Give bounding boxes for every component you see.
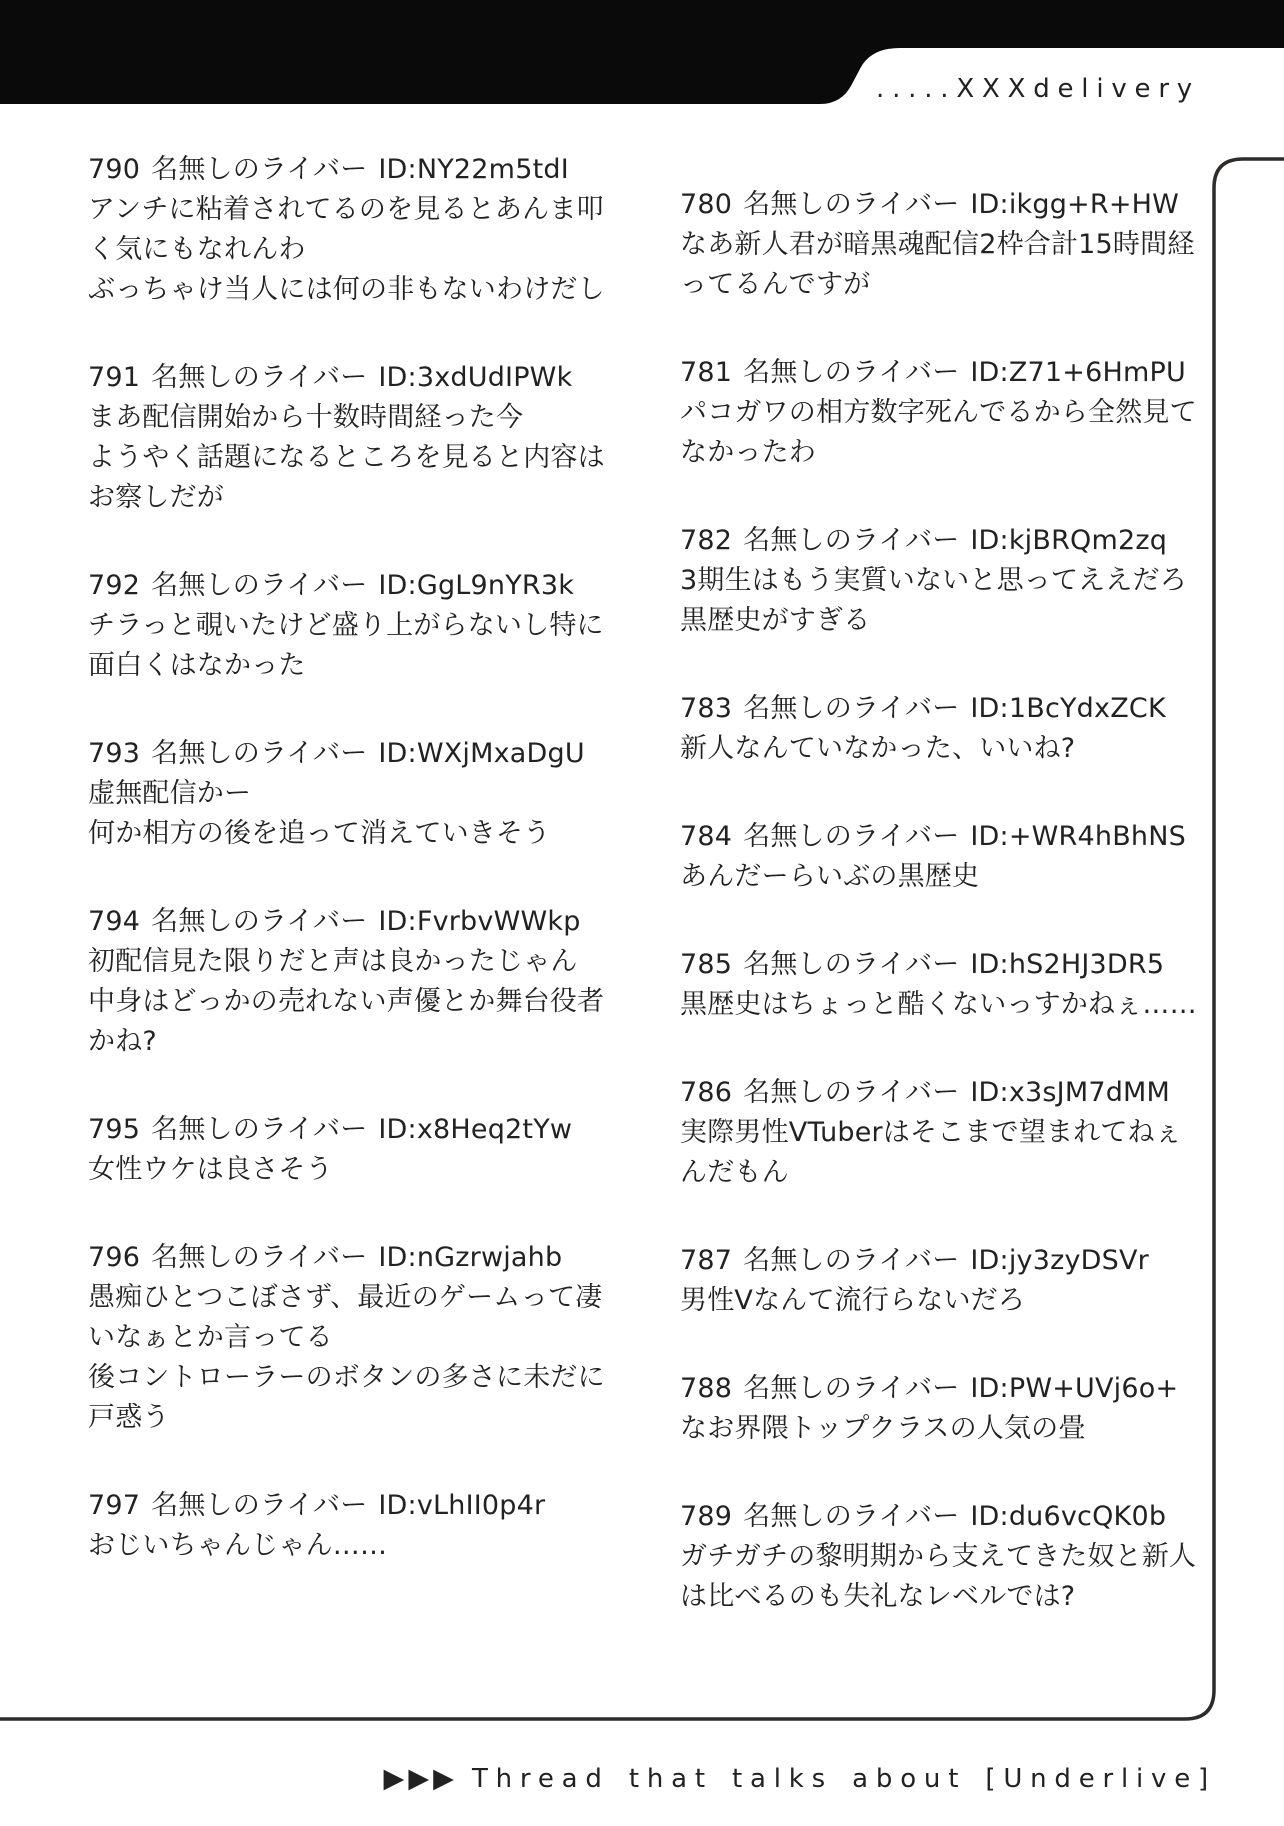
book-page: .....XXXdelivery 790名無しのライバーID:NY22m5tdI… xyxy=(0,0,1284,1826)
post-body-line: 面白くはなかった xyxy=(88,646,605,686)
post-no: 790 xyxy=(88,154,140,185)
thread-post-793: 793名無しのライバーID:WXjMxaDgU虚無配信かー何か相方の後を追って消… xyxy=(88,734,605,854)
post-id: ID:nGzrwjahb xyxy=(378,1242,562,1273)
post-author: 名無しのライバー xyxy=(743,1501,959,1532)
post-body-line: 何か相方の後を追って消えていきそう xyxy=(88,814,605,854)
post-id: ID:ikgg+R+HW xyxy=(970,189,1179,220)
post-no: 797 xyxy=(88,1490,140,1521)
post-header: 785名無しのライバーID:hS2HJ3DR5 xyxy=(680,945,1197,985)
post-id: ID:GgL9nYR3k xyxy=(378,570,574,601)
post-body-line: 中身はどっかの売れない声優とか舞台役者 xyxy=(88,982,605,1022)
post-header: 791名無しのライバーID:3xdUdIPWk xyxy=(88,358,605,398)
post-header: 795名無しのライバーID:x8Heq2tYw xyxy=(88,1110,605,1150)
post-no: 796 xyxy=(88,1242,140,1273)
thread-post-781: 781名無しのライバーID:Z71+6HmPUパコガワの相方数字死んでるから全然… xyxy=(680,353,1197,473)
thread-post-783: 783名無しのライバーID:1BcYdxZCK新人なんていなかった、いいね? xyxy=(680,689,1197,769)
post-author: 名無しのライバー xyxy=(151,906,367,937)
post-body-line: ようやく話題になるところを見ると内容は xyxy=(88,438,605,478)
post-author: 名無しのライバー xyxy=(151,738,367,769)
post-header: 794名無しのライバーID:FvrbvWWkp xyxy=(88,902,605,942)
post-id: ID:kjBRQm2zq xyxy=(970,525,1167,556)
post-author: 名無しのライバー xyxy=(151,154,367,185)
post-no: 792 xyxy=(88,570,140,601)
post-body-line: 黒歴史がすぎる xyxy=(680,601,1197,641)
post-header: 796名無しのライバーID:nGzrwjahb xyxy=(88,1238,605,1278)
thread-post-788: 788名無しのライバーID:PW+UVj6o+なお界隈トップクラスの人気の畳 xyxy=(680,1369,1197,1449)
post-author: 名無しのライバー xyxy=(743,821,959,852)
thread-post-782: 782名無しのライバーID:kjBRQm2zq3期生はもう実質いないと思ってええ… xyxy=(680,521,1197,641)
post-id: ID:jy3zyDSVr xyxy=(970,1245,1149,1276)
post-author: 名無しのライバー xyxy=(151,1490,367,1521)
post-body-line: 新人なんていなかった、いいね? xyxy=(680,729,1197,769)
thread-post-795: 795名無しのライバーID:x8Heq2tYw女性ウケは良さそう xyxy=(88,1110,605,1190)
post-no: 789 xyxy=(680,1501,732,1532)
post-header: 792名無しのライバーID:GgL9nYR3k xyxy=(88,566,605,606)
post-body-line: 女性ウケは良さそう xyxy=(88,1150,605,1190)
post-body-line: ってるんですが xyxy=(680,265,1197,305)
post-author: 名無しのライバー xyxy=(743,525,959,556)
post-body-line: なお界隈トップクラスの人気の畳 xyxy=(680,1409,1197,1449)
post-body-line: アンチに粘着されてるのを見るとあんま叩 xyxy=(88,190,605,230)
post-no: 785 xyxy=(680,949,732,980)
post-body-line: く気にもなれんわ xyxy=(88,230,605,270)
post-author: 名無しのライバー xyxy=(151,1114,367,1145)
post-author: 名無しのライバー xyxy=(151,570,367,601)
post-id: ID:hS2HJ3DR5 xyxy=(970,949,1164,980)
post-body-line: 初配信見た限りだと声は良かったじゃん xyxy=(88,942,605,982)
post-header: 780名無しのライバーID:ikgg+R+HW xyxy=(680,185,1197,225)
post-body-line: 黒歴史はちょっと酷くないっすかねぇ…… xyxy=(680,985,1197,1025)
post-body-line: お察しだが xyxy=(88,478,605,518)
thread-post-786: 786名無しのライバーID:x3sJM7dMM実際男性VTuberはそこまで望ま… xyxy=(680,1073,1197,1193)
post-header: 797名無しのライバーID:vLhII0p4r xyxy=(88,1486,605,1526)
post-header: 790名無しのライバーID:NY22m5tdI xyxy=(88,150,605,190)
post-no: 788 xyxy=(680,1373,732,1404)
post-no: 786 xyxy=(680,1077,732,1108)
post-body-line: あんだーらいぶの黒歴史 xyxy=(680,857,1197,897)
post-id: ID:NY22m5tdI xyxy=(378,154,568,185)
post-id: ID:x8Heq2tYw xyxy=(378,1114,572,1145)
post-id: ID:+WR4hBhNS xyxy=(970,821,1186,852)
post-body-line: パコガワの相方数字死んでるから全然見て xyxy=(680,393,1197,433)
thread-column-right: 780名無しのライバーID:ikgg+R+HWなあ新人君が暗黒魂配信2枠合計15… xyxy=(680,185,1197,1617)
thread-post-797: 797名無しのライバーID:vLhII0p4rおじいちゃんじゃん…… xyxy=(88,1486,605,1566)
post-id: ID:FvrbvWWkp xyxy=(378,906,580,937)
post-body-line: 実際男性VTuberはそこまで望まれてねぇ xyxy=(680,1113,1197,1153)
brand-title: .....XXXdelivery xyxy=(876,74,1200,104)
thread-post-784: 784名無しのライバーID:+WR4hBhNSあんだーらいぶの黒歴史 xyxy=(680,817,1197,897)
post-header: 786名無しのライバーID:x3sJM7dMM xyxy=(680,1073,1197,1113)
post-author: 名無しのライバー xyxy=(743,1373,959,1404)
post-header: 793名無しのライバーID:WXjMxaDgU xyxy=(88,734,605,774)
post-no: 787 xyxy=(680,1245,732,1276)
post-header: 784名無しのライバーID:+WR4hBhNS xyxy=(680,817,1197,857)
post-header: 782名無しのライバーID:kjBRQm2zq xyxy=(680,521,1197,561)
post-author: 名無しのライバー xyxy=(743,357,959,388)
thread-post-789: 789名無しのライバーID:du6vcQK0bガチガチの黎明期から支えてきた奴と… xyxy=(680,1497,1197,1617)
post-header: 789名無しのライバーID:du6vcQK0b xyxy=(680,1497,1197,1537)
post-author: 名無しのライバー xyxy=(151,1242,367,1273)
post-no: 795 xyxy=(88,1114,140,1145)
post-body-line: おじいちゃんじゃん…… xyxy=(88,1526,605,1566)
post-id: ID:du6vcQK0b xyxy=(970,1501,1166,1532)
post-id: ID:1BcYdxZCK xyxy=(970,693,1165,724)
post-body-line: 虚無配信かー xyxy=(88,774,605,814)
post-body-line: なあ新人君が暗黒魂配信2枠合計15時間経 xyxy=(680,225,1197,265)
post-body-line: 愚痴ひとつこぼさず、最近のゲームって凄 xyxy=(88,1278,605,1318)
post-body-line: んだもん xyxy=(680,1153,1197,1193)
post-author: 名無しのライバー xyxy=(151,362,367,393)
thread-post-790: 790名無しのライバーID:NY22m5tdIアンチに粘着されてるのを見るとあん… xyxy=(88,150,605,310)
post-body-line: 戸惑う xyxy=(88,1398,605,1438)
thread-post-791: 791名無しのライバーID:3xdUdIPWkまあ配信開始から十数時間経った今よ… xyxy=(88,358,605,518)
thread-post-780: 780名無しのライバーID:ikgg+R+HWなあ新人君が暗黒魂配信2枠合計15… xyxy=(680,185,1197,305)
post-body-line: ぶっちゃけ当人には何の非もないわけだし xyxy=(88,270,605,310)
post-body-line: なかったわ xyxy=(680,433,1197,473)
post-header: 787名無しのライバーID:jy3zyDSVr xyxy=(680,1241,1197,1281)
post-no: 780 xyxy=(680,189,732,220)
post-author: 名無しのライバー xyxy=(743,693,959,724)
thread-column-left: 790名無しのライバーID:NY22m5tdIアンチに粘着されてるのを見るとあん… xyxy=(88,150,605,1566)
thread-post-785: 785名無しのライバーID:hS2HJ3DR5黒歴史はちょっと酷くないっすかねぇ… xyxy=(680,945,1197,1025)
post-no: 794 xyxy=(88,906,140,937)
post-author: 名無しのライバー xyxy=(743,1245,959,1276)
post-id: ID:Z71+6HmPU xyxy=(970,357,1186,388)
post-body-line: ガチガチの黎明期から支えてきた奴と新人 xyxy=(680,1537,1197,1577)
post-no: 783 xyxy=(680,693,732,724)
post-body-line: 後コントローラーのボタンの多さに未だに xyxy=(88,1358,605,1398)
post-header: 783名無しのライバーID:1BcYdxZCK xyxy=(680,689,1197,729)
post-id: ID:WXjMxaDgU xyxy=(378,738,584,769)
post-id: ID:x3sJM7dMM xyxy=(970,1077,1170,1108)
footer: ▶▶▶Thread that talks about [Underlive] xyxy=(384,1763,1217,1794)
post-body-line: 男性Vなんて流行らないだろ xyxy=(680,1281,1197,1321)
post-author: 名無しのライバー xyxy=(743,1077,959,1108)
thread-post-787: 787名無しのライバーID:jy3zyDSVr男性Vなんて流行らないだろ xyxy=(680,1241,1197,1321)
post-no: 791 xyxy=(88,362,140,393)
post-no: 781 xyxy=(680,357,732,388)
post-no: 784 xyxy=(680,821,732,852)
post-body-line: まあ配信開始から十数時間経った今 xyxy=(88,398,605,438)
post-no: 793 xyxy=(88,738,140,769)
post-body-line: いなぁとか言ってる xyxy=(88,1318,605,1358)
footer-title: Thread that talks about [Underlive] xyxy=(472,1764,1216,1794)
post-header: 781名無しのライバーID:Z71+6HmPU xyxy=(680,353,1197,393)
post-body-line: 3期生はもう実質いないと思ってええだろ xyxy=(680,561,1197,601)
post-body-line: チラっと覗いたけど盛り上がらないし特に xyxy=(88,606,605,646)
post-no: 782 xyxy=(680,525,732,556)
post-body-line: かね? xyxy=(88,1022,605,1062)
thread-post-794: 794名無しのライバーID:FvrbvWWkp初配信見た限りだと声は良かったじゃ… xyxy=(88,902,605,1062)
post-author: 名無しのライバー xyxy=(743,189,959,220)
play-arrows-icon: ▶▶▶ xyxy=(384,1763,458,1794)
post-id: ID:vLhII0p4r xyxy=(378,1490,545,1521)
post-id: ID:3xdUdIPWk xyxy=(378,362,572,393)
post-body-line: は比べるのも失礼なレベルでは? xyxy=(680,1577,1197,1617)
post-header: 788名無しのライバーID:PW+UVj6o+ xyxy=(680,1369,1197,1409)
post-id: ID:PW+UVj6o+ xyxy=(970,1373,1178,1404)
thread-post-796: 796名無しのライバーID:nGzrwjahb愚痴ひとつこぼさず、最近のゲームっ… xyxy=(88,1238,605,1438)
thread-post-792: 792名無しのライバーID:GgL9nYR3kチラっと覗いたけど盛り上がらないし… xyxy=(88,566,605,686)
post-author: 名無しのライバー xyxy=(743,949,959,980)
